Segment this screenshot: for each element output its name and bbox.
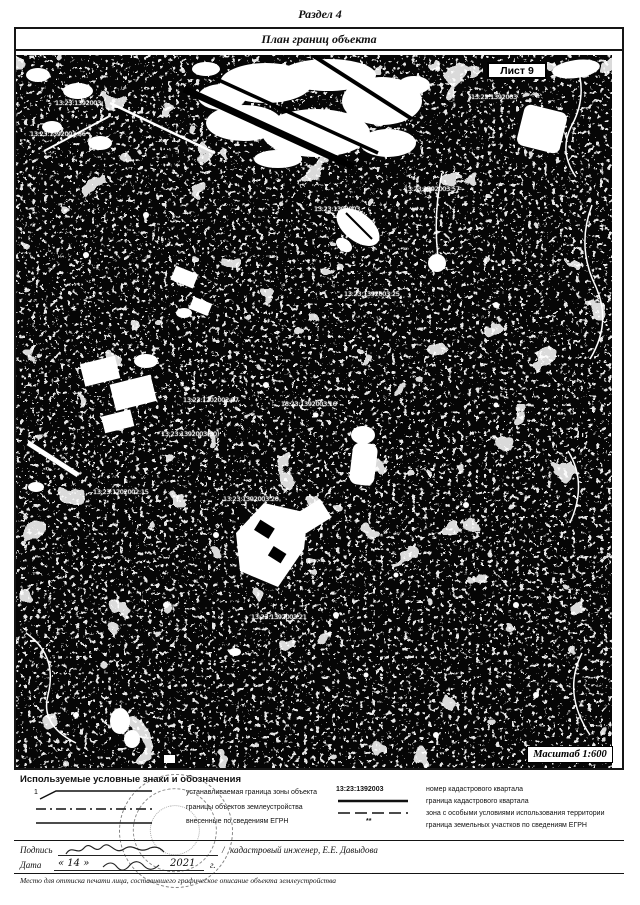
legend-label: внесенные по сведениям ЕГРН [186, 818, 288, 825]
cadastral-plan-page: Раздел 4 План границ объекта [0, 0, 640, 905]
legend-label: граница земельных участков по сведениям … [426, 822, 587, 829]
legend-section: Используемые условные знаки и обозначени… [14, 770, 624, 841]
legend-title: Используемые условные знаки и обозначени… [20, 774, 241, 785]
cadastral-number-label: 13:23:1392003:16 [281, 400, 337, 408]
stamp-place-note: Место для оттиска печати лица, составивш… [20, 876, 336, 885]
cadastral-number-label: 13:23:1392003 [471, 93, 517, 101]
cadastral-number-label: 13:23:1202002:15 [93, 488, 149, 496]
legend-symbol-quarter-number: 13:23:1392003 [336, 786, 384, 793]
cadastral-number-label: 13:23:1392003:57 [404, 185, 460, 193]
map-scale-badge: Масштаб 1:600 [527, 746, 613, 763]
handwritten-signature [62, 843, 182, 858]
legend-symbol-solid-line [32, 815, 182, 831]
legend-symbol-dashed-line [336, 806, 416, 822]
legend-symbol-egrn-boundary: ** [366, 818, 371, 825]
page-title: План границ объекта [14, 27, 624, 51]
section-title: Раздел 4 [0, 7, 640, 22]
cadastral-number-label: 13:23:1392003(30) [161, 430, 219, 438]
legend-label: граница кадастрового квартала [426, 798, 529, 805]
cadastral-number-label: 13:23:1392003 [55, 99, 101, 107]
map-area: Лист 9 Масштаб 1:600 13:23:1392003 13:23… [16, 55, 612, 768]
cadastral-number-label: 13:23:1392003:21 [251, 613, 307, 621]
footer-note-area: Место для оттиска печати лица, составивш… [14, 874, 624, 889]
cadastral-number-label: 13:23:1392003:86 [30, 130, 86, 138]
signature-label: Подпись [20, 845, 53, 855]
slash: / [222, 845, 225, 855]
legend-label: номер кадастрового квартала [426, 786, 523, 793]
map-noise [16, 55, 612, 768]
signature-section: Подпись / кадастровый инженер, Е.Е. Давы… [14, 841, 624, 874]
date-label: Дата [20, 860, 41, 870]
date-suffix: г. [210, 860, 216, 870]
cadastral-number-label: 13:23:1202002:07 [183, 396, 239, 404]
sheet-number-badge: Лист 9 [487, 62, 547, 79]
engineer-name: кадастровый инженер, Е.Е. Давыдова [230, 845, 378, 855]
cadastral-number-label: 13:23:1392003:25 [344, 290, 400, 298]
cadastral-number-label: 13:23:1392003 [314, 205, 360, 213]
handwritten-month [100, 858, 166, 871]
legend-symbol-zone-boundary: 1 [32, 786, 182, 802]
cadastral-number-label: 13:23:1392003:20 [223, 495, 279, 503]
legend-label: границы объектов землеустройства [186, 804, 303, 811]
map-image [16, 55, 612, 768]
svg-text:1: 1 [34, 789, 38, 796]
legend-label: зона с особыми условиями использования т… [426, 810, 605, 817]
legend-label: устанавливаемая граница зоны объекта [186, 789, 317, 796]
